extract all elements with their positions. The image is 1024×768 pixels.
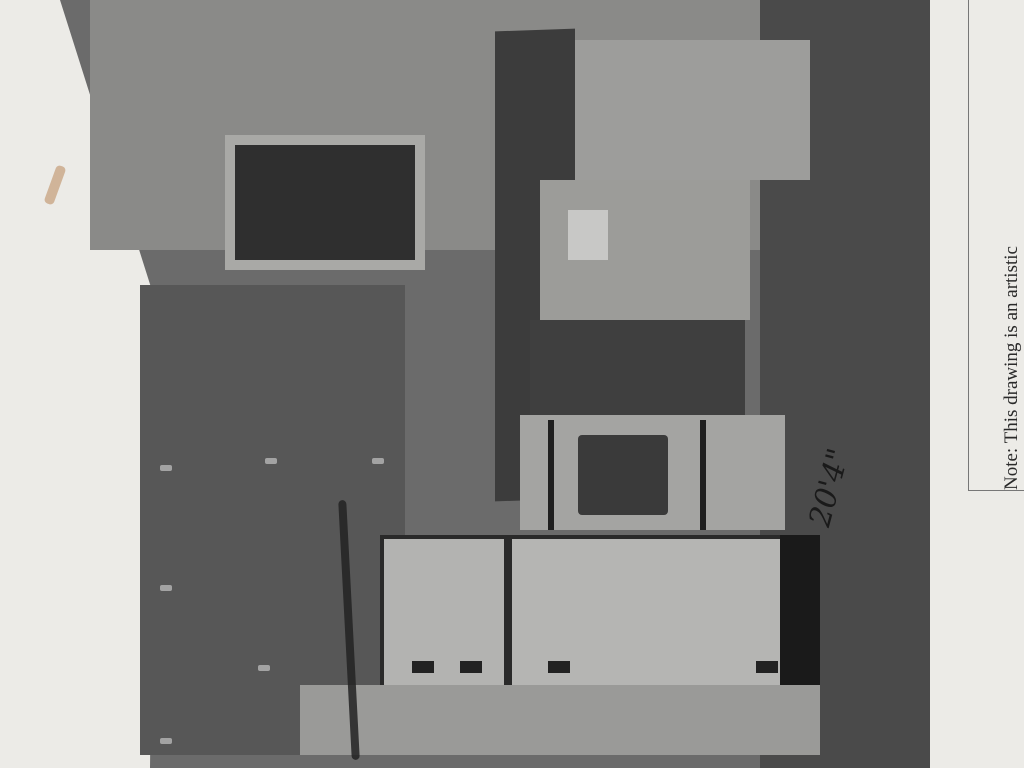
floor-marker: [160, 738, 172, 744]
handle: [548, 420, 554, 530]
window: [225, 135, 425, 270]
handle: [700, 420, 706, 530]
oven-window: [578, 435, 668, 515]
note-line-1: Note: This drawing is an artistic: [1000, 10, 1024, 490]
counter-front: [530, 320, 745, 415]
sink: [568, 210, 608, 260]
cabinet-door-left: [380, 535, 508, 693]
note-text: Note: This drawing is an artistic interp…: [1000, 10, 1024, 490]
floor-marker: [160, 585, 172, 591]
floor-marker: [258, 665, 270, 671]
floor-marker: [160, 465, 172, 471]
base-plinth: [300, 685, 820, 755]
cabinet-edge: [780, 535, 820, 685]
cabinet-door-right: [508, 535, 806, 693]
knob: [460, 661, 482, 673]
knob: [756, 661, 778, 673]
knob: [548, 661, 570, 673]
floor-marker: [265, 458, 277, 464]
side-wall: [560, 40, 810, 180]
knob: [412, 661, 434, 673]
floor-marker: [372, 458, 384, 464]
